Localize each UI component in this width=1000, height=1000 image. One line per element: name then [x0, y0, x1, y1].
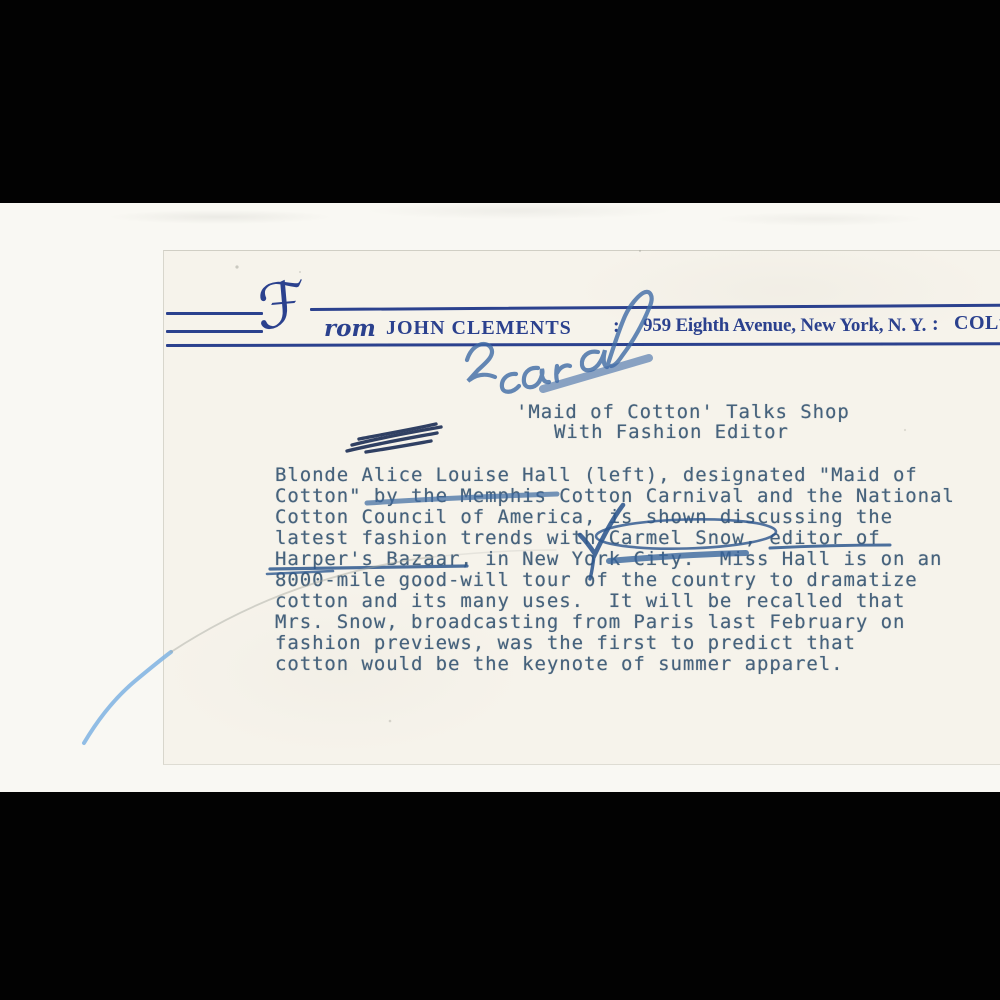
- letterhead-separator-1: :: [613, 315, 620, 338]
- letterhead-rule-top-left: [166, 312, 263, 315]
- letterhead-name: JOHN CLEMENTS: [386, 317, 572, 340]
- press-release-card: ℱ rom JOHN CLEMENTS : 959 Eighth Avenue,…: [163, 250, 1000, 765]
- body-line: latest fashion trends with Carmel Snow, …: [275, 528, 881, 549]
- backing-paper: ℱ rom JOHN CLEMENTS : 959 Eighth Avenue,…: [0, 203, 1000, 792]
- letterhead-rule-middle-left: [166, 330, 263, 333]
- body-line: fashion previews, was the first to predi…: [275, 633, 856, 654]
- body-line: cotton would be the keynote of summer ap…: [275, 654, 844, 675]
- body-line: Cotton" by the Memphis Cotton Carnival a…: [275, 486, 955, 507]
- scanned-press-photo-caption: ℱ rom JOHN CLEMENTS : 959 Eighth Avenue,…: [0, 0, 1000, 1000]
- release-title-line-2: With Fashion Editor: [554, 422, 789, 443]
- letterhead-from-initial: ℱ: [254, 267, 309, 344]
- body-line: cotton and its many uses. It will be rec…: [275, 591, 905, 612]
- letterhead-phone-exchange: COLu: [954, 312, 1000, 335]
- letterhead-rule-top-right: [310, 304, 1000, 311]
- top-black-bar: [0, 0, 1000, 203]
- letterhead-address: 959 Eighth Avenue, New York, N. Y.: [643, 315, 926, 337]
- body-line: 8000-mile good-will tour of the country …: [275, 570, 918, 591]
- body-line: Cotton Council of America, is shown disc…: [275, 507, 893, 528]
- bottom-black-bar: [0, 792, 1000, 1000]
- body-line: Harper's Bazaar, in New York City. Miss …: [275, 549, 942, 570]
- letterhead-from-rest: rom: [324, 315, 376, 342]
- letterhead-separator-2: :: [932, 313, 939, 336]
- body-line: Mrs. Snow, broadcasting from Paris last …: [275, 612, 905, 633]
- body-line: Blonde Alice Louise Hall (left), designa…: [275, 465, 918, 486]
- release-title-line-1: 'Maid of Cotton' Talks Shop: [516, 402, 850, 423]
- letterhead-rule-bottom: [166, 342, 1000, 347]
